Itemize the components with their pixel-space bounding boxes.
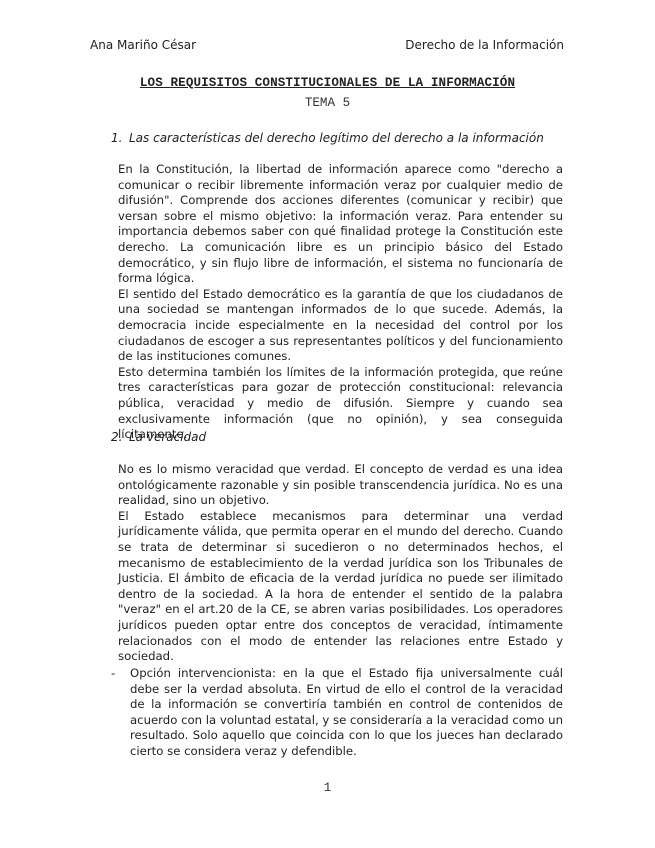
bullet-item: - Opción intervencionista: en la que el … — [111, 666, 563, 760]
paragraph: El sentido del Estado democrático es la … — [118, 287, 563, 365]
section-number: 2. — [111, 430, 129, 444]
document-subtitle: TEMA 5 — [0, 96, 655, 110]
document-title: LOS REQUISITOS CONSTITUCIONALES DE LA IN… — [0, 76, 655, 90]
bullet-marker: - — [111, 666, 130, 760]
section-title: Las características del derecho legítimo… — [129, 131, 544, 145]
section-1-body: En la Constitución, la libertad de infor… — [118, 162, 563, 443]
page-header: Ana Mariño César Derecho de la Informaci… — [90, 38, 564, 52]
paragraph: No es lo mismo veracidad que verdad. El … — [118, 462, 563, 509]
section-number: 1. — [111, 131, 129, 145]
header-course: Derecho de la Información — [405, 38, 564, 52]
section-title: La veracidad — [129, 430, 206, 444]
section-2-body: No es lo mismo veracidad que verdad. El … — [118, 462, 563, 665]
paragraph: En la Constitución, la libertad de infor… — [118, 162, 563, 287]
bullet-text: Opción intervencionista: en la que el Es… — [130, 666, 563, 760]
document-page: Ana Mariño César Derecho de la Informaci… — [0, 0, 655, 848]
header-author: Ana Mariño César — [90, 38, 196, 52]
section-heading-2: 2. La veracidad — [111, 430, 206, 444]
page-number: 1 — [0, 781, 655, 795]
paragraph: El Estado establece mecanismos para dete… — [118, 509, 563, 665]
section-heading-1: 1. Las características del derecho legít… — [111, 131, 544, 145]
